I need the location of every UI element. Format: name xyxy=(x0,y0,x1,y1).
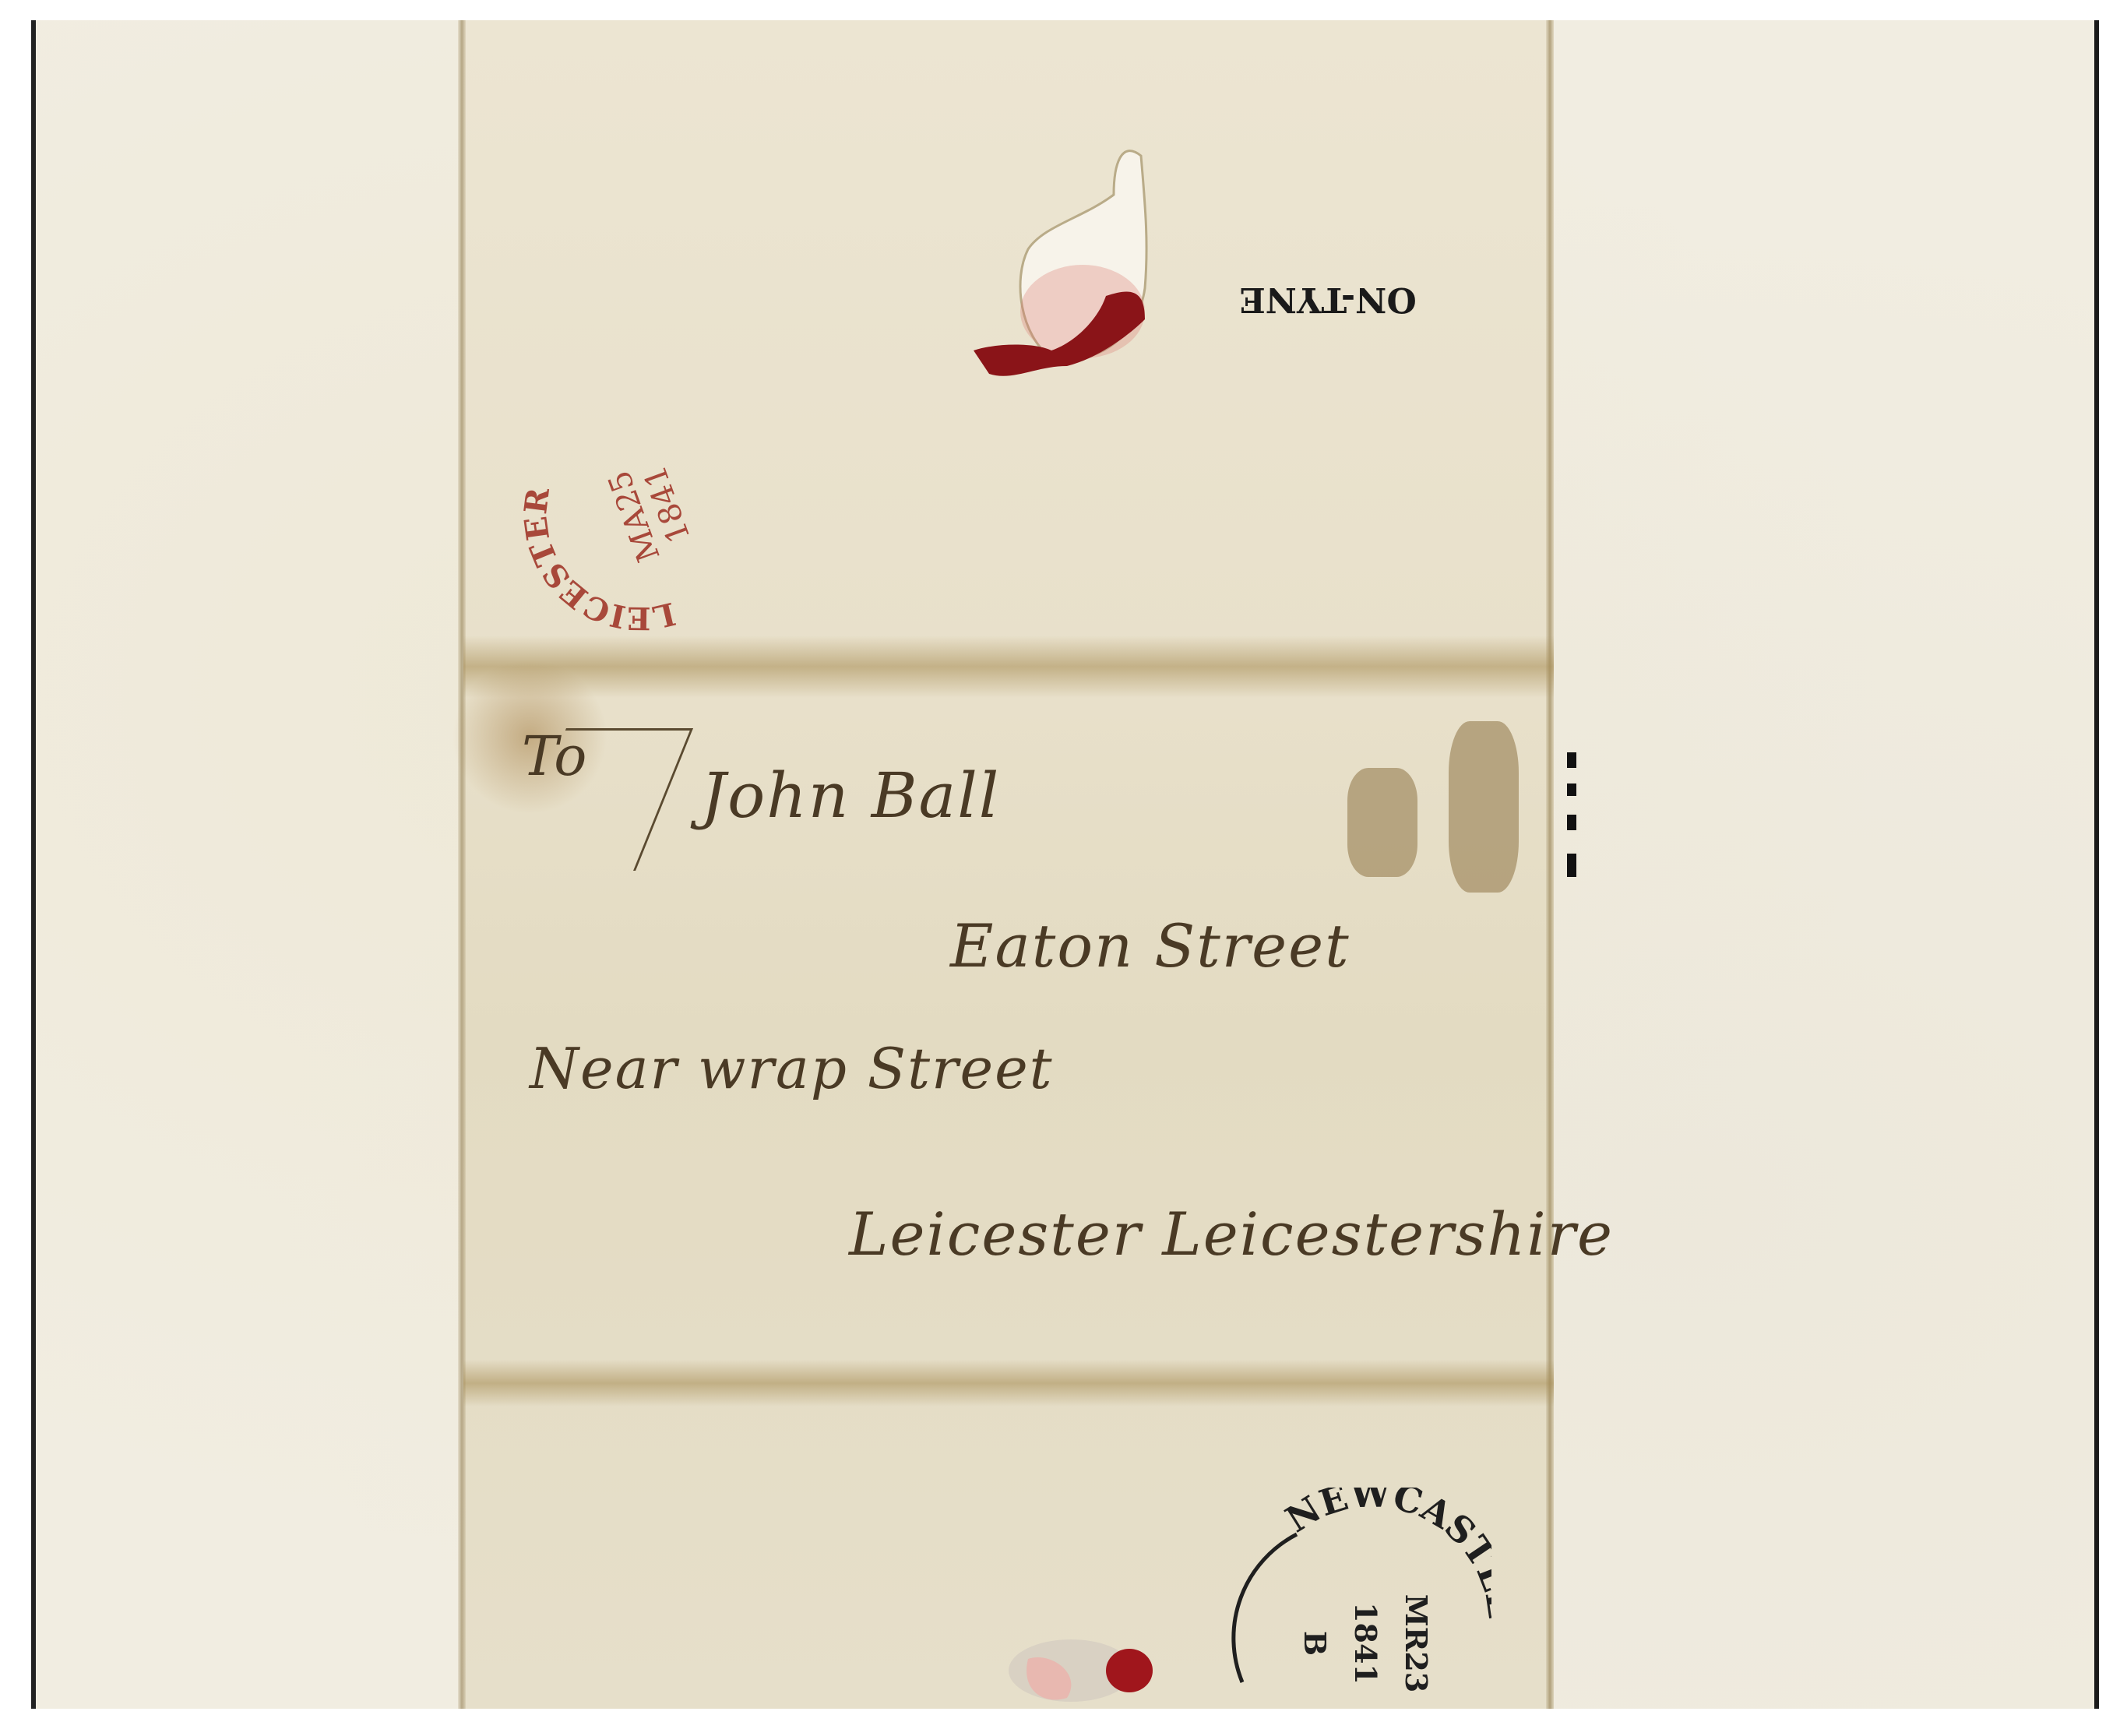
postmark-fragment xyxy=(1564,737,1581,893)
svg-text:B: B xyxy=(1298,1631,1333,1656)
svg-text:NEWCASTLE: NEWCASTLE xyxy=(1278,1488,1491,1622)
salutation: To xyxy=(522,724,586,788)
street-line: Eaton Street xyxy=(950,911,1351,981)
svg-text:MR23: MR23 xyxy=(1399,1594,1434,1693)
fold-upper xyxy=(463,636,1554,698)
on-tyne-postmark: ON-TYNE xyxy=(1219,273,1437,327)
wax-seal-bottom xyxy=(997,1628,1168,1713)
paper-loss-stain xyxy=(1449,721,1519,893)
fold-lower xyxy=(463,1360,1554,1407)
newcastle-postmark: NEWCASTLE MR23 1841 B xyxy=(1211,1488,1491,1721)
fold-right xyxy=(1546,20,1554,1709)
recipient-name: John Ball xyxy=(701,759,1000,832)
fold-left xyxy=(458,20,466,1709)
leicester-postmark: LEICESTER MA25 1841 xyxy=(516,389,765,639)
paper-loss-stain xyxy=(1347,768,1417,877)
near-line: Near wrap Street xyxy=(530,1036,1054,1101)
wax-seal-top xyxy=(966,132,1160,382)
svg-text:ON-TYNE: ON-TYNE xyxy=(1239,280,1416,319)
town-county-line: Leicester Leicestershire xyxy=(849,1199,1614,1269)
svg-text:1841: 1841 xyxy=(1348,1602,1383,1685)
